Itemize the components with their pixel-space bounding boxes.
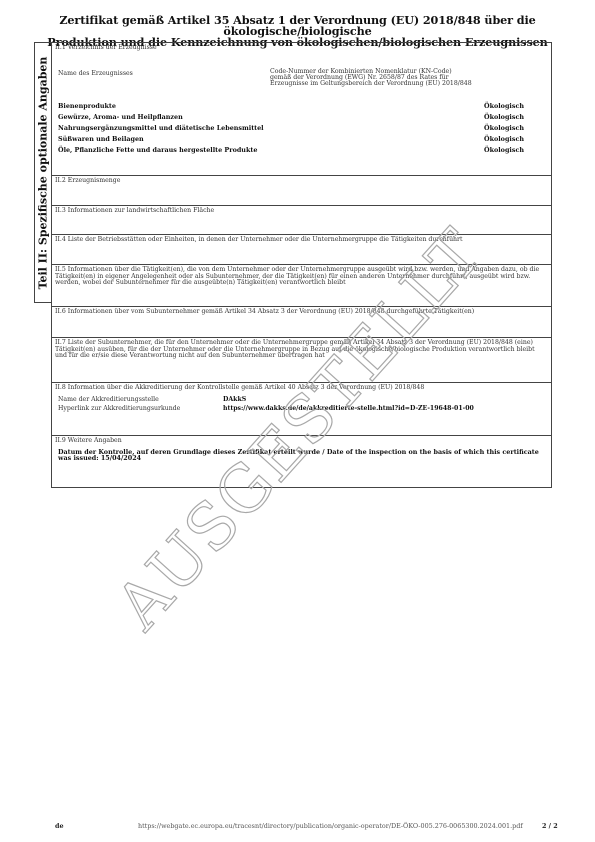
title-line-1: Zertifikat gemäß Artikel 35 Absatz 1 der…: [0, 15, 595, 37]
kn-header-line: Erzeugnisse im Geltungsbereich der Veror…: [270, 81, 490, 87]
kn-code-header: Code-Nummer der Kombinierten Nomenklatur…: [270, 69, 490, 86]
section-label: II.7 Liste der Subunternehmer, die für d…: [55, 340, 548, 360]
section-ii-8: II.8 Information über die Akkreditierung…: [52, 382, 551, 435]
section-label: II.8 Information über die Akkreditierung…: [55, 385, 548, 392]
footer-language: de: [55, 822, 64, 830]
product-row: Öle, Pflanzliche Fette und daraus herges…: [58, 147, 548, 158]
section-label: II.3 Informationen zur landwirtschaftlic…: [55, 208, 548, 215]
part-ii-sidebar: Teil II: Spezifische optionale Angaben: [34, 42, 51, 303]
section-label: II.2 Erzeugnismenge: [55, 178, 548, 185]
footer-url[interactable]: https://webgate.ec.europa.eu/tracesnt/di…: [138, 822, 523, 830]
accreditation-link-row: Hyperlink zur Akkreditierungsurkunde htt…: [55, 406, 548, 413]
footer-page-number: 2 / 2: [542, 822, 558, 830]
section-ii-1: II.1 Verzeichnis der Erzeugnisse Name de…: [52, 43, 551, 175]
product-name: Öle, Pflanzliche Fette und daraus herges…: [58, 147, 257, 158]
section-ii-3: II.3 Informationen zur landwirtschaftlic…: [52, 205, 551, 234]
section-label: II.4 Liste der Betriebsstätten oder Einh…: [55, 237, 548, 244]
section-ii-9: II.9 Weitere Angaben Datum der Kontrolle…: [52, 435, 551, 487]
section-ii-7: II.7 Liste der Subunternehmer, die für d…: [52, 337, 551, 382]
inspection-date-note: Datum der Kontrolle, auf deren Grundlage…: [55, 449, 548, 462]
section-label: II.1 Verzeichnis der Erzeugnisse: [55, 45, 548, 52]
product-status: Ökologisch: [484, 147, 548, 158]
section-label: II.5 Informationen über die Tätigkeit(en…: [55, 267, 548, 287]
sidebar-label: Teil II: Spezifische optionale Angaben: [37, 56, 50, 289]
section-label: II.6 Informationen über vom Subunternehm…: [55, 309, 548, 316]
accreditation-body-row: Name der Akkreditierungsstelle DAkkS: [55, 397, 548, 404]
accreditation-link[interactable]: https://www.dakks.de/de/akkreditierte-st…: [223, 406, 474, 413]
section-ii-4: II.4 Liste der Betriebsstätten oder Einh…: [52, 234, 551, 264]
accreditation-body-key: Name der Akkreditierungsstelle: [55, 397, 223, 404]
section-ii-5: II.5 Informationen über die Tätigkeit(en…: [52, 264, 551, 306]
section-ii-2: II.2 Erzeugnismenge: [52, 175, 551, 205]
product-list: BienenprodukteÖkologisch Gewürze, Aroma-…: [58, 103, 548, 158]
section-label: II.9 Weitere Angaben: [55, 438, 548, 445]
accreditation-link-key: Hyperlink zur Akkreditierungsurkunde: [55, 406, 223, 413]
section-ii-6: II.6 Informationen über vom Subunternehm…: [52, 306, 551, 337]
accreditation-body-value: DAkkS: [223, 397, 246, 404]
certificate-table: II.1 Verzeichnis der Erzeugnisse Name de…: [51, 42, 552, 488]
product-name-header: Name des Erzeugnisses: [58, 71, 133, 78]
